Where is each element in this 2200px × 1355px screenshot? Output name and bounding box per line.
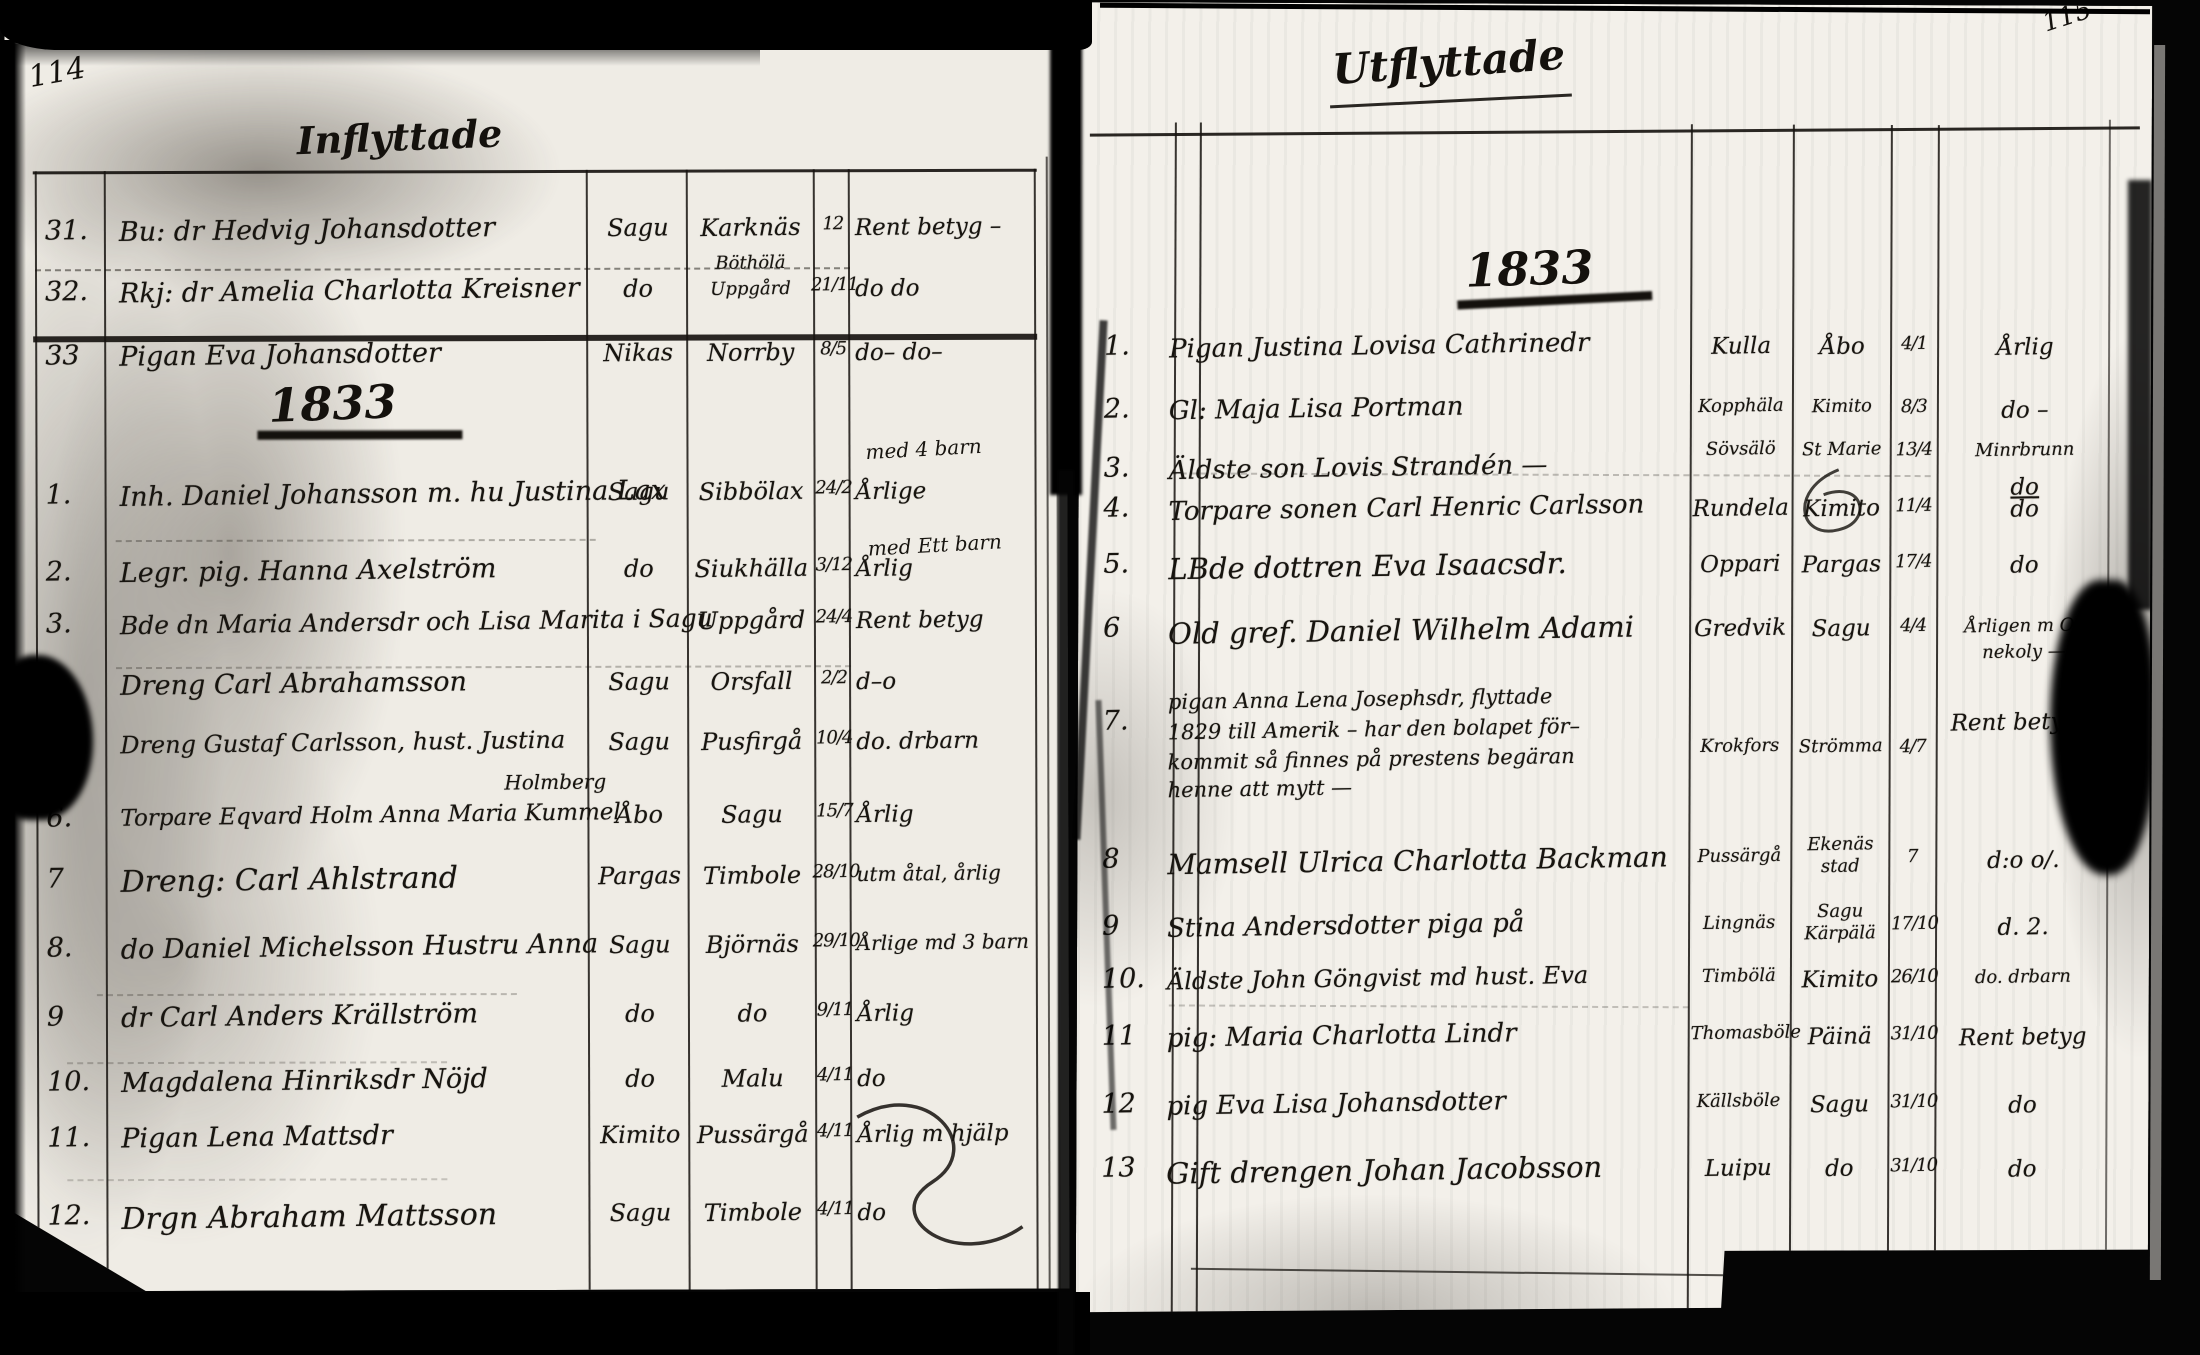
person-note-line: 1829 till Amerik – har den bolapet för– xyxy=(1168,715,1581,744)
row-number: 6. xyxy=(46,804,112,833)
table-row: 4 Dreng Carl Abrahamsson Sagu Orsfall 2/… xyxy=(6,669,1068,724)
to-parish: Kimito xyxy=(1794,496,1888,522)
row-number: 9 xyxy=(1102,912,1160,941)
to-parish: Päinä xyxy=(1793,1024,1887,1050)
table-row: 6. Torpare Eqvard Holm Anna Maria Kummel… xyxy=(6,802,1068,857)
from-parish: Nikas xyxy=(588,340,688,366)
to-parish: Pargas xyxy=(1794,552,1888,578)
remark: Rent betyg xyxy=(856,607,1041,634)
remark: do xyxy=(857,1199,1042,1226)
remark: d–o xyxy=(856,668,1041,695)
remark: Rent betyg xyxy=(1939,1024,2107,1051)
row-number: 32. xyxy=(45,278,111,307)
to-parish: Kimito xyxy=(1795,397,1889,417)
table-row: 10. Äldste John Göngvist md hust. Eva Ti… xyxy=(1077,965,2149,1021)
remark: do. drbarn xyxy=(1939,967,2107,989)
date: 29/10 xyxy=(813,932,857,951)
remark: Årligen m Oz xyxy=(1940,616,2108,638)
row-number: 2. xyxy=(46,558,112,587)
row-number: 11. xyxy=(47,1124,113,1153)
from-parish: Åbo xyxy=(589,802,689,828)
village: Orsfall xyxy=(689,669,814,696)
table-row: 8. do Daniel Michelsson Hustru Anna Sagu… xyxy=(7,932,1069,987)
date: 4/4 xyxy=(1892,617,1934,637)
table-row: 5 Dreng Gustaf Carlsson, hust. Justina H… xyxy=(6,729,1068,784)
person-name: Bde dn Maria Andersdr och Lisa Marita i … xyxy=(120,605,713,639)
right-page: 115 Utflyttade 1833 1. Pigan Justina Lov… xyxy=(1076,2,2153,1332)
date: 3/12 xyxy=(812,556,856,575)
from-parish: Sagu xyxy=(589,669,689,695)
remark: Årlig xyxy=(856,555,1041,582)
table-row: 7 Dreng: Carl Ahlstrand Pargas Timbole 2… xyxy=(7,863,1069,918)
person-name: Rkj: dr Amelia Charlotta Kreisner xyxy=(119,274,580,308)
remark: d. 2. xyxy=(1939,914,2107,941)
to-parish: do xyxy=(1792,1156,1886,1182)
table-row: 13 Gift drengen Johan Jacobsson Luipu do… xyxy=(1076,1154,2148,1210)
row-number: 6 xyxy=(1103,614,1161,643)
person-name: Mamsell Ulrica Charlotta Backman xyxy=(1167,842,1668,879)
row-number: 1. xyxy=(1104,332,1162,361)
village: Pusfirgå xyxy=(689,729,814,756)
date: 21/11 xyxy=(811,276,855,295)
from-parish: Sagu xyxy=(590,1200,690,1226)
person-name: Legr. pig. Hanna Axelström xyxy=(120,555,497,588)
remark: Årlig m hjälp xyxy=(857,1121,1042,1148)
left-page: 114 Inflyttade 31. Bu: dr Hedvig Johansd… xyxy=(4,17,1069,1292)
to-parish: Sagu xyxy=(1792,1092,1886,1118)
remark: Årlige md 3 barn xyxy=(857,931,1042,954)
row-number: 10. xyxy=(47,1068,113,1097)
to-place: Kopphäla xyxy=(1693,397,1789,417)
date: 31/10 xyxy=(1891,1025,1933,1045)
row-number: 10. xyxy=(1102,965,1160,994)
person-name: pig Eva Lisa Johansdotter xyxy=(1166,1088,1506,1121)
village: Björnäs xyxy=(690,932,815,959)
row-number: 5 xyxy=(46,731,112,760)
person-note-line: henne att mytt — xyxy=(1167,776,1352,801)
right-page-title: Utflyttade xyxy=(1331,30,1567,94)
village: Uppgård xyxy=(688,280,813,301)
to-place: Källsböle xyxy=(1690,1092,1786,1112)
to-place: Timbölä xyxy=(1691,967,1787,987)
person-name: do Daniel Michelsson Hustru Anna xyxy=(121,930,599,965)
date: 8/3 xyxy=(1893,398,1935,418)
date: 17/10 xyxy=(1891,915,1933,935)
row-separator xyxy=(67,1178,447,1181)
to-parish: Kärpälä xyxy=(1793,924,1887,944)
remark: do xyxy=(1940,552,2108,579)
to-parish: Strömma xyxy=(1794,737,1888,757)
person-name: Pigan Eva Johansdotter xyxy=(119,340,441,373)
village: Norrby xyxy=(688,340,813,367)
remark-note: med 4 barn xyxy=(865,434,982,464)
table-row: 33 Pigan Eva Johansdotter Nikas Norrby 8… xyxy=(5,340,1067,395)
person-name: Äldste John Göngvist md hust. Eva xyxy=(1167,963,1589,995)
person-note-line: pigan Anna Lena Josephsdr, flyttade xyxy=(1168,685,1553,713)
left-page-number: 114 xyxy=(26,50,89,95)
from-parish: Sagu xyxy=(588,479,688,505)
date: 2/2 xyxy=(812,669,856,688)
remark: do– do– xyxy=(855,339,1040,366)
person-name: Gl: Maja Lisa Portman xyxy=(1169,394,1464,426)
to-parish: Ekenäs xyxy=(1793,835,1887,855)
date: 9/11 xyxy=(813,1001,857,1020)
person-name: dr Carl Anders Krällström xyxy=(121,1000,478,1033)
row-number: 13 xyxy=(1101,1154,1159,1183)
remark: do – xyxy=(1941,397,2109,424)
row-number: 1. xyxy=(45,481,111,510)
table-row: 11 pig: Maria Charlotta Lindr Thomasböle… xyxy=(1077,1022,2149,1078)
table-row: 5. LBde dottren Eva Isaacsdr. Oppari Par… xyxy=(1078,550,2150,606)
from-parish: Sagu xyxy=(588,215,688,241)
row-number: 12 xyxy=(1101,1090,1159,1119)
row-number: 4. xyxy=(1103,494,1161,523)
table-row: 6 Old gref. Daniel Wilhelm Adami Gredvik… xyxy=(1078,614,2150,670)
table-row: 10. Magdalena Hinriksdr Nöjd do Malu 4/1… xyxy=(7,1066,1069,1121)
right-edge-sliver xyxy=(2150,45,2165,1280)
remark: d:o o/. xyxy=(1939,847,2107,874)
village: Sibbölax xyxy=(688,479,813,506)
table-row: 1. Pigan Justina Lovisa Cathrinedr Kulla… xyxy=(1079,332,2151,388)
from-parish: Pargas xyxy=(589,863,689,889)
from-parish: do xyxy=(589,556,689,582)
village: Timbole xyxy=(690,1200,815,1227)
person-name: Äldste son Lovis Strandén — xyxy=(1168,452,1547,485)
from-parish: do xyxy=(588,276,688,302)
table-row: 31. Bu: dr Hedvig Johansdotter Sagu Kark… xyxy=(5,215,1067,270)
table-top-rule xyxy=(33,169,1037,175)
person-name: Drgn Abraham Mattsson xyxy=(121,1199,497,1235)
row-number: 8. xyxy=(47,934,113,963)
table-row: 9 dr Carl Anders Krällström do do 9/11 Å… xyxy=(7,1001,1069,1056)
remark: do xyxy=(1938,1156,2106,1183)
date: 4/11 xyxy=(813,1200,857,1219)
person-name: Bu: dr Hedvig Johansdotter xyxy=(119,214,496,247)
row-separator xyxy=(116,539,596,542)
to-parish: Sagu xyxy=(1794,616,1888,642)
table-row: 2. Legr. pig. Hanna Axelström do Siukhäl… xyxy=(6,556,1068,611)
date: 4/11 xyxy=(813,1122,857,1141)
date: 24/4 xyxy=(812,608,856,627)
person-name: Stina Andersdotter piga på xyxy=(1167,910,1525,943)
bottom-band xyxy=(0,1292,1090,1355)
person-name: Torpare Eqvard Holm Anna Maria Kummel xyxy=(120,800,621,831)
left-year-heading: 1833 xyxy=(267,374,397,433)
margin-rule xyxy=(2105,120,2111,1250)
person-name: Old gref. Daniel Wilhelm Adami xyxy=(1168,612,1634,650)
person-name: Inh. Daniel Johansson m. hu Justina Lax xyxy=(119,477,666,512)
row-number: 3. xyxy=(46,610,112,639)
to-place: Kulla xyxy=(1693,334,1789,360)
row-number: 2. xyxy=(1104,395,1162,424)
year-underline xyxy=(257,430,462,440)
table-top-rule xyxy=(1090,126,2140,136)
date: 17/4 xyxy=(1892,553,1934,573)
table-row: 3. Bde dn Maria Andersdr och Lisa Marita… xyxy=(6,608,1068,663)
remark: Årlige xyxy=(855,478,1040,505)
person-name: Dreng: Carl Ahlstrand xyxy=(120,862,458,898)
row-number: 4 xyxy=(46,671,112,700)
date: 12 xyxy=(811,215,855,234)
left-page-title: Inflyttade xyxy=(296,111,503,164)
village: Pussärgå xyxy=(690,1122,815,1149)
remark: Årlig xyxy=(857,1000,1042,1027)
to-place: Luipu xyxy=(1690,1156,1786,1182)
title-underline xyxy=(1330,94,1572,109)
date: 15/7 xyxy=(812,802,856,821)
remark: do. drbarn xyxy=(856,728,1041,755)
row-number: 5. xyxy=(1103,550,1161,579)
from-parish: Sagu xyxy=(589,729,689,755)
to-place: Krokfors xyxy=(1692,737,1788,757)
date: 4/1 xyxy=(1893,335,1935,355)
row-number: 3. xyxy=(1103,454,1161,483)
village: Timbole xyxy=(689,863,814,890)
remark: do xyxy=(1940,496,2108,523)
person-name: Gift drengen Johan Jacobsson xyxy=(1166,1152,1602,1189)
to-place: Oppari xyxy=(1692,552,1788,578)
date: 4/11 xyxy=(813,1066,857,1085)
table-row: 12 pig Eva Lisa Johansdotter Källsböle S… xyxy=(1076,1090,2148,1146)
remark: Rent betyg – xyxy=(1940,709,2108,736)
person-name: Pigan Justina Lovisa Cathrinedr xyxy=(1169,330,1590,364)
remark: do xyxy=(857,1065,1042,1092)
page-bottom-rule xyxy=(1191,1268,1831,1278)
to-place: Lingnäs xyxy=(1691,914,1787,934)
table-row: 12. Drgn Abraham Mattsson Sagu Timbole 4… xyxy=(7,1200,1069,1255)
table-row: 9 Stina Andersdotter piga på Lingnäs Sag… xyxy=(1077,912,2149,968)
remark: Årlig xyxy=(1941,334,2109,361)
date: 10/4 xyxy=(812,729,856,748)
remark: Rent betyg – xyxy=(855,214,1040,241)
interlined-note: Holmberg xyxy=(504,771,606,793)
right-year-heading: 1833 xyxy=(1465,240,1595,298)
person-name: Torpare sonen Carl Henric Carlsson xyxy=(1168,492,1644,527)
to-place: Gredvik xyxy=(1692,616,1788,642)
person-name: Pigan Lena Mattsdr xyxy=(121,1122,393,1154)
from-parish: Kimito xyxy=(590,1122,690,1148)
person-note-line: kommit så finnes på prestens begäran xyxy=(1168,745,1575,773)
village: Böthölä xyxy=(688,254,813,275)
to-parish: Kimito xyxy=(1793,967,1887,993)
remark: do xyxy=(1938,1092,2106,1119)
table-row: 11. Pigan Lena Mattsdr Kimito Pussärgå 4… xyxy=(7,1122,1069,1177)
row-number: 7 xyxy=(46,865,112,894)
table-row: 4. Torpare sonen Carl Henric Carlsson Ru… xyxy=(1078,494,2150,550)
person-name: Magdalena Hinriksdr Nöjd xyxy=(121,1065,488,1098)
person-name: Dreng Carl Abrahamsson xyxy=(120,668,467,701)
table-row: 8 Mamsell Ulrica Charlotta Backman Pussä… xyxy=(1077,845,2149,901)
village: Karknäs xyxy=(688,215,813,242)
village: Uppgård xyxy=(689,608,814,635)
date: 24/2 xyxy=(811,479,855,498)
date: 31/10 xyxy=(1890,1157,1932,1177)
person-name: LBde dottren Eva Isaacsdr. xyxy=(1168,548,1567,585)
date: 28/10 xyxy=(812,863,856,882)
date: 8/5 xyxy=(811,340,855,359)
to-parish: Sagu xyxy=(1793,902,1887,922)
table-row: 7. pigan Anna Lena Josephsdr, flyttade 1… xyxy=(1077,687,2149,821)
row-number: 9 xyxy=(47,1003,113,1032)
row-number: 33 xyxy=(45,342,111,371)
row-number: 11 xyxy=(1101,1022,1159,1051)
date: 26/10 xyxy=(1891,968,1933,988)
date: 4/7 xyxy=(1892,738,1934,758)
remark: utm åtal, årlig xyxy=(856,862,1041,885)
from-parish: Sagu xyxy=(590,932,690,958)
table-row: 1. Inh. Daniel Johansson m. hu Justina L… xyxy=(6,479,1068,534)
to-parish: Åbo xyxy=(1795,334,1889,360)
remark: do do xyxy=(855,275,1040,302)
right-page-number: 115 xyxy=(2039,2,2095,38)
row-number: 12. xyxy=(47,1202,113,1231)
village: do xyxy=(690,1001,815,1028)
from-parish: do xyxy=(590,1066,690,1092)
remark: Årlig xyxy=(856,801,1041,828)
to-place: Pussärgå xyxy=(1691,847,1787,867)
to-place: Thomasböle xyxy=(1691,1024,1787,1044)
date: 11/4 xyxy=(1892,497,1934,517)
person-name: Dreng Gustaf Carlsson, hust. Justina xyxy=(120,728,565,759)
scanned-parish-register: 114 Inflyttade 31. Bu: dr Hedvig Johansd… xyxy=(0,0,2200,1355)
row-separator xyxy=(97,993,517,996)
village: Sagu xyxy=(689,802,814,829)
date: 31/10 xyxy=(1890,1093,1932,1113)
date: 7 xyxy=(1891,848,1933,868)
village: Siukhälla xyxy=(689,556,814,583)
from-parish: do xyxy=(590,1001,690,1027)
row-number: 8 xyxy=(1102,845,1160,874)
remark: nekoly — xyxy=(1940,642,2108,664)
to-place: Rundela xyxy=(1692,496,1788,522)
village: Malu xyxy=(690,1066,815,1093)
to-parish: stad xyxy=(1793,857,1887,877)
table-row: 32. Rkj: dr Amelia Charlotta Kreisner do… xyxy=(5,276,1067,331)
person-name: pig: Maria Charlotta Lindr xyxy=(1167,1020,1517,1053)
row-number: 31. xyxy=(45,217,111,246)
row-number: 7. xyxy=(1103,707,1161,736)
